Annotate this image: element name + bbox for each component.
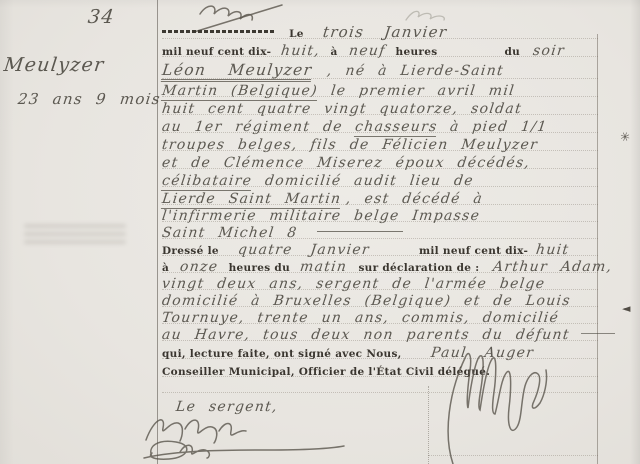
deceased-name-line: Léon Meulyzer , né à Lierde-Saint (162, 62, 504, 82)
place-of-death-line: l'infirmerie militaire belge Impasse (162, 207, 480, 224)
declaration-line: à onze heures du matin sur déclaration d… (162, 258, 612, 276)
handwritten-text: au 1er régiment de (161, 119, 344, 135)
handwritten-text: huit, (280, 43, 321, 59)
parents-line: et de Clémence Miserez époux décédés, (162, 154, 530, 171)
handwritten-text: neuf (348, 43, 387, 59)
printed-text: mil neuf cent dix- (419, 243, 528, 259)
handwritten-text: et de Clémence Miserez époux décédés, (161, 155, 531, 171)
printed-text: mil neuf cent dix- (162, 44, 271, 60)
sergeant-signatures-scrawl (138, 408, 368, 462)
printed-text: à (162, 260, 169, 276)
ink-blot-arrow: ◄ (622, 302, 630, 315)
handwritten-text: à pied 1/1 (449, 119, 548, 135)
handwritten-text: célibataire (161, 173, 253, 191)
death-date-line: Le trois Janvier (162, 24, 447, 42)
birth-year-line: huit cent quatre vingt quatorze, soldat (162, 100, 522, 117)
witness1-residence-line: domicilié à Bruxelles (Belgique) et de L… (162, 292, 571, 309)
filiation-line: troupes belges, fils de Félicien Meulyze… (162, 136, 538, 153)
regiment-line: au 1er régiment de chasseurs à pied 1/1 (162, 118, 547, 137)
witness2-details-line: Tournuye, trente un ans, commis, domicil… (162, 309, 559, 326)
place-of-death-address-line: Saint Michel 8 (162, 224, 403, 241)
death-year-hour-line: mil neuf cent dix- huit, à neuf heures d… (162, 42, 565, 60)
handwritten-text: soir (532, 43, 566, 59)
witness1-name: Arthur Adam, (492, 259, 613, 275)
faint-pen-mark (400, 4, 470, 24)
handwritten-text: Martin (Belgique) (161, 83, 319, 101)
right-margin-line (597, 34, 598, 464)
handwritten-text: trois Janvier (322, 24, 448, 40)
faint-stamp-smudge (22, 220, 128, 246)
ink-blot: ✳ (618, 129, 632, 146)
handwritten-text: matin (299, 259, 348, 275)
handwritten-text: huit cent quatre vingt quatorze, soldat (161, 101, 523, 117)
printed-text: sur déclaration de : (358, 260, 479, 276)
printed-text: qui, lecture faite, ont signé avec Nous, (162, 346, 402, 362)
handwritten-text: onze (179, 259, 219, 275)
hatched-fill-line (162, 30, 274, 33)
printed-text: heures du (229, 260, 290, 276)
handwritten-text: , né à Lierde-Saint (326, 63, 505, 79)
blank-fill-line (581, 333, 615, 334)
handwritten-text: troupes belges, fils de Félicien Meulyze… (161, 137, 539, 153)
death-record-page: 34 Meulyzer 23 ans 9 mois Le trois Janvi… (0, 0, 640, 464)
official-signature-scrawl (425, 330, 575, 464)
printed-text: heures (396, 44, 438, 60)
margin-age-note: 23 ans 9 mois (17, 90, 162, 108)
handwritten-text: domicilié audit lieu de (264, 173, 475, 189)
handwritten-text: le premier avril mil (330, 83, 516, 99)
act-number: 34 (87, 6, 116, 28)
printed-text: du (505, 44, 521, 60)
margin-divider-line (157, 0, 158, 464)
deceased-name: Léon Meulyzer (161, 62, 314, 82)
margin-surname: Meulyzer (3, 54, 106, 76)
handwritten-text: chasseurs (354, 119, 439, 137)
witness1-details-line: vingt deux ans, sergent de l'armée belge (162, 275, 545, 292)
handwritten-text: huit (535, 242, 570, 258)
handwritten-text: Saint Michel 8 (161, 225, 298, 241)
marital-status-line: célibataire domicilié audit lieu de (162, 172, 474, 191)
printed-text: Le (289, 26, 304, 42)
blank-fill-line (317, 231, 403, 232)
handwritten-text: Tournuye, trente un ans, commis, domicil… (161, 310, 560, 326)
handwritten-text: domicilié à Bruxelles (Belgique) et de L… (161, 293, 572, 309)
birthplace-line: Martin (Belgique) le premier avril mil (162, 82, 515, 101)
handwritten-text: l'infirmerie militaire belge Impasse (161, 208, 481, 224)
handwritten-text: , est décédé à (345, 191, 484, 207)
handwritten-text: vingt deux ans, sergent de l'armée belge (161, 276, 546, 292)
printed-text: à (331, 44, 338, 60)
